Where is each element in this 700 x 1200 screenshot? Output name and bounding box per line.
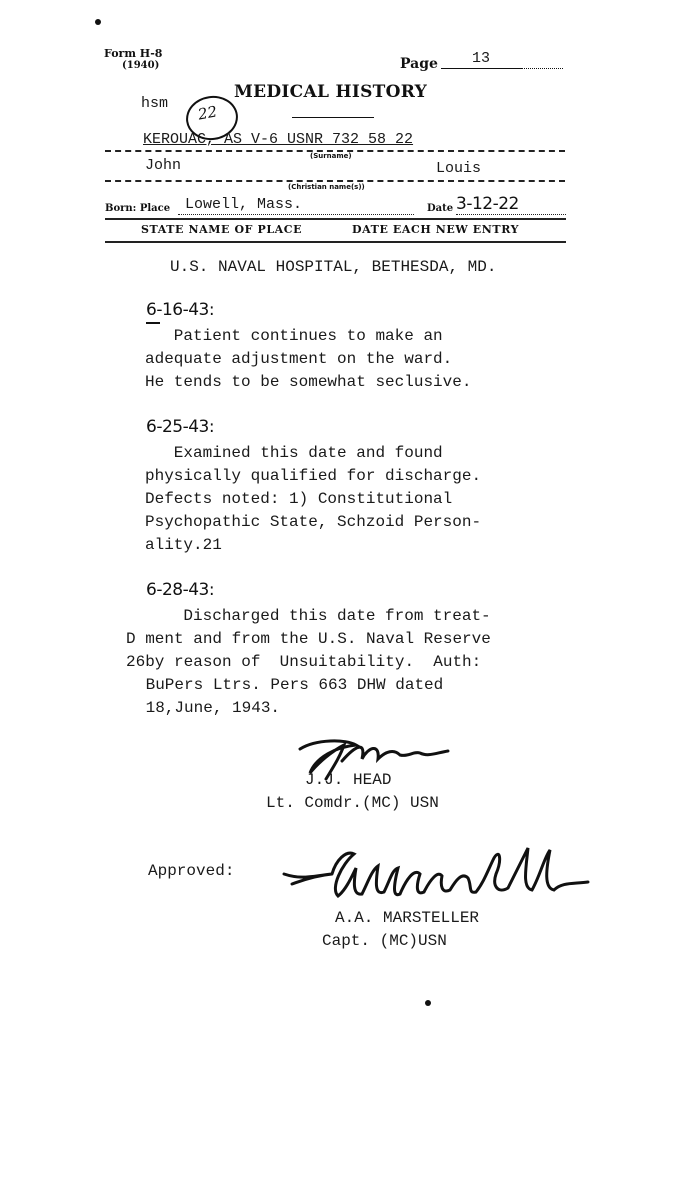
entry-date: 6-25-43: <box>146 417 214 437</box>
entry-text-line: D ment and from the U.S. Naval Reserve <box>126 628 491 651</box>
date-label: Date <box>427 203 453 214</box>
entry-date: 6-16-43: <box>146 300 214 320</box>
scan-speck <box>95 19 101 25</box>
page-number: 13 <box>472 50 490 67</box>
approver-rank: Capt. (MC)USN <box>322 930 447 953</box>
approved-label: Approved: <box>148 860 234 883</box>
entry-date-underline <box>146 322 160 324</box>
entry-text-line: physically qualified for discharge. <box>145 465 481 488</box>
entry-text-line: 18,June, 1943. <box>136 697 280 720</box>
institution-heading: U.S. NAVAL HOSPITAL, BETHESDA, MD. <box>170 256 496 279</box>
annotation-prefix: hsm <box>141 95 168 112</box>
born-label: Born: Place <box>105 203 170 214</box>
birth-date: 3-12-22 <box>456 194 519 214</box>
circled-note: 22 <box>197 102 219 123</box>
page-dotted-line <box>521 68 563 69</box>
title-rule <box>292 117 374 118</box>
header-rule-bottom <box>105 241 566 243</box>
entry-text-line: BuPers Ltrs. Pers 663 DHW dated <box>136 674 443 697</box>
scan-speck <box>425 1000 431 1006</box>
middle-name: Louis <box>436 160 481 177</box>
entry-date: 6-28-43: <box>146 580 214 600</box>
entry-text-line: Examined this date and found <box>145 442 443 465</box>
entry-text-line: Discharged this date from treat- <box>145 605 491 628</box>
approver-name: A.A. MARSTELLER <box>335 907 479 930</box>
entry-text-line: He tends to be somewhat seclusive. <box>145 371 471 394</box>
signer-name: J.J. HEAD <box>305 769 391 792</box>
birth-place: Lowell, Mass. <box>185 196 302 213</box>
birth-date-dotted-line <box>456 214 566 215</box>
entry-text-line: Patient continues to make an <box>145 325 443 348</box>
first-name: John <box>145 157 181 174</box>
christian-rule <box>105 180 565 182</box>
birth-place-dotted-line <box>178 214 414 215</box>
page-label: Page <box>400 56 438 72</box>
column-header-date: DATE EACH NEW ENTRY <box>352 223 519 236</box>
page-underline <box>441 68 521 69</box>
signer-rank: Lt. Comdr.(MC) USN <box>266 792 439 815</box>
entry-text-line: Psychopathic State, Schzoid Person- <box>145 511 481 534</box>
surname-line: KEROUAC, AS V-6 USNR 732 58 22 <box>143 131 413 148</box>
christian-caption: (Christian name(s)) <box>288 183 365 191</box>
entry-text-line: 26by reason of Unsuitability. Auth: <box>126 651 481 674</box>
entry-text-line: ality.21 <box>145 534 222 557</box>
header-rule-top <box>105 218 566 220</box>
surname-caption: (Surname) <box>310 152 352 160</box>
form-id: Form H-8 <box>104 48 162 60</box>
page-title: MEDICAL HISTORY <box>234 82 427 102</box>
form-year: (1940) <box>122 60 159 71</box>
entry-text-line: Defects noted: 1) Constitutional <box>145 488 452 511</box>
column-header-place: STATE NAME OF PLACE <box>141 223 302 236</box>
entry-text-line: adequate adjustment on the ward. <box>145 348 452 371</box>
